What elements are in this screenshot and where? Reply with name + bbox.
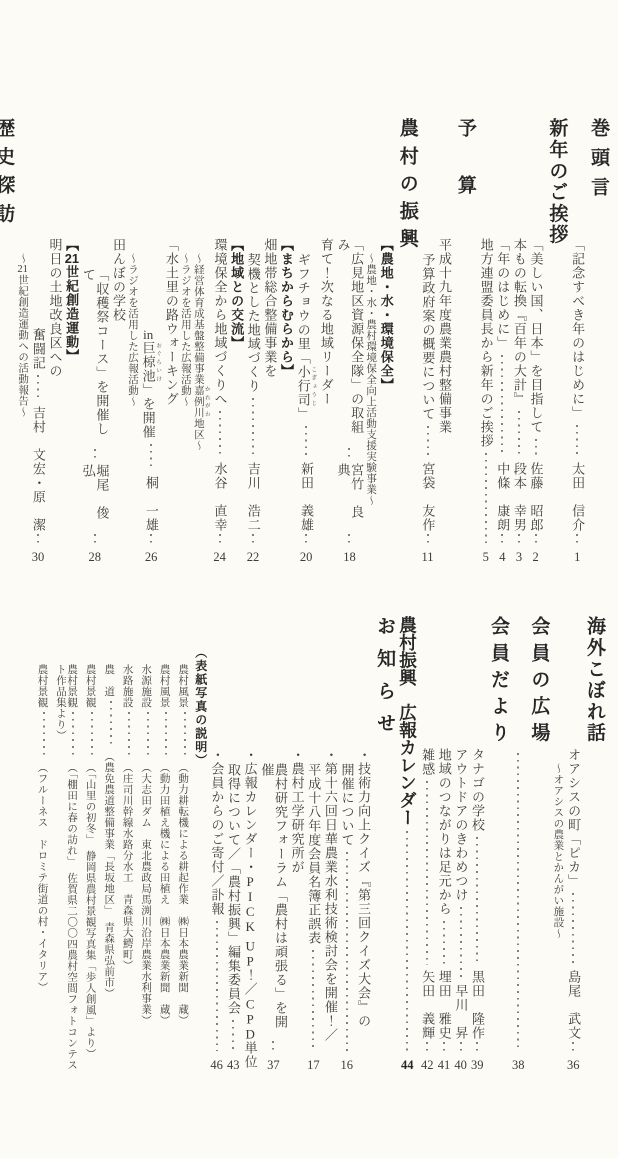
toc-entry-line: 畑地帯総合整備事業を	[263, 118, 277, 570]
page-number: 1	[574, 548, 580, 564]
leader-dots	[252, 534, 254, 546]
section-heading-text: 巻頭言	[588, 118, 609, 206]
leader-dots	[252, 398, 254, 457]
toc-entry-line: ・広報カレンダー・PICK UP！／CPD単位	[243, 616, 257, 1078]
entry-title: 環境保全から地域づくりへ	[213, 238, 227, 406]
entry-title: 「美しい国、日本」を目指して	[529, 238, 543, 434]
entry-title: 【21世紀創造運動】	[64, 238, 79, 363]
entry-title: 平成十八年度会員名簿正誤表	[307, 763, 321, 945]
section-heading-text: 歴史探訪	[0, 118, 14, 232]
toc-entry: 環境保全から地域づくりへ水谷 直幸24	[213, 118, 227, 570]
author-name: 早川 昇	[454, 984, 468, 1040]
entry-title: オアシスの町「ピカ」	[566, 748, 580, 888]
section-heading: 予算	[455, 118, 475, 570]
entry-title: 農村風景	[159, 664, 170, 708]
section-heading: 新年のご挨拶	[546, 118, 566, 570]
toc-entry-subtitle: ～ラジオを活用した広報活動～	[180, 118, 191, 570]
photo-caption-entry: 農 道（農免農道整備事業「長坂地区」 青森県弘前市）	[103, 616, 114, 1078]
entry-title: 契機とした地域づくり	[246, 253, 260, 393]
toc-entry: 「年のはじめに」中條 康朗4	[496, 118, 510, 570]
page-number: 5	[483, 548, 489, 564]
author-name: 島尾 武文	[566, 970, 580, 1040]
entry-title: 農村研究フォーラム「農村は頑張る」を開催	[260, 763, 287, 1036]
leader-dots	[184, 712, 186, 758]
leader-dots	[518, 411, 520, 457]
toc-entry: 平成十八年度会員名簿正誤表17	[307, 616, 321, 1078]
toc-entry: 38	[512, 616, 525, 1078]
caption-text: （庄司川幹線水路分水工 青森県大鰐町）	[122, 762, 133, 971]
photo-caption-entry: 農村景観（フルーネス ドロミテ街道の村・イタリア）	[37, 616, 48, 1078]
leader-dots	[232, 1020, 234, 1051]
leader-dots	[305, 426, 307, 457]
author-name: 埋田 雅史	[437, 970, 451, 1040]
toc-entry: 開催について16	[340, 616, 354, 1078]
entry-title: 地方連盟委員長から新年のご挨拶	[479, 238, 493, 448]
leader-dots	[305, 534, 307, 546]
leader-dots	[348, 534, 350, 546]
entry-title: 農村風景	[177, 664, 188, 708]
leader-dots	[485, 453, 487, 543]
author-name: 桐 一雄	[144, 476, 158, 532]
entry-title: 奮闘記	[31, 328, 45, 370]
page-number: 40	[454, 1056, 467, 1072]
entry-title: ～経営体育成基盤整備事業嘉例川かれがわ地区～	[193, 253, 204, 451]
toc-top-block: 巻頭言「記念すべき年のはじめに」太田 信介1新年のご挨拶「美しい国、日本」を目指…	[0, 118, 612, 570]
toc-entry-subtitle: ～農地・水・農村環境保全向上活動支援実験事業～	[365, 118, 376, 570]
photo-caption-entry: 水源施設（大志田ダム 東北農政局馬渕川沿岸農業水利事業）	[140, 616, 151, 1078]
caption-text: （「山里の初冬」 静岡県農村景観写真集「歩人創風」より）	[85, 762, 96, 1060]
toc-entry: 予算政府案の概要について宮袋 友作11	[421, 118, 435, 570]
entry-title: 【地域との交流】	[229, 238, 244, 350]
author-name: 吉村 文宏・原 潔	[31, 406, 45, 532]
section-heading-text: お知らせ	[374, 616, 395, 745]
leader-dots	[576, 425, 578, 457]
leader-dots	[476, 1042, 478, 1054]
caption-text: （動力田植え機による田植え ㈱日本農業新聞 蔵）	[159, 762, 170, 1026]
leader-dots	[72, 712, 74, 758]
section-heading: 歴史探訪	[0, 118, 13, 570]
leader-dots	[110, 701, 112, 747]
toc-entry: 「美しい国、日本」を目指して佐藤 昭郎2	[529, 118, 543, 570]
page-number: 28	[88, 548, 101, 564]
toc-entry: 契機とした地域づくり吉川 浩二22	[246, 118, 260, 570]
leader-dots	[517, 753, 519, 1051]
leader-dots	[94, 534, 96, 546]
leader-dots	[443, 921, 445, 965]
caption-text: （大志田ダム 東北農政局馬渕川沿岸農業水利事業）	[140, 762, 151, 1026]
toc-entry-line: 平成十九年度農業農村整備事業	[437, 118, 451, 570]
entry-title: 雑感	[420, 748, 434, 776]
entry-title: 「水土里の路ウォーキング	[164, 238, 179, 406]
leader-dots	[150, 444, 152, 471]
toc-entry: 「収穫祭コース」を開催して堀尾 俊弘28	[81, 118, 108, 570]
author-name: 黒田 隆作	[470, 970, 484, 1040]
page-number: 22	[247, 548, 260, 564]
entry-title: 本もの転換『百年の大計』	[512, 238, 526, 406]
entry-title: 「広見地区資源保全隊」の取組み	[336, 238, 363, 443]
photo-caption-entry: 農村景観（「山里の初冬」 静岡県農村景観写真集「歩人創風」より）	[85, 616, 96, 1078]
entry-title: 畑地帯総合整備事業を	[262, 238, 277, 378]
photo-caption-entry: 農村風景（動力耕転機による耕起作業 ㈱日本農業新聞 蔵）	[177, 616, 188, 1078]
leader-dots	[576, 534, 578, 546]
entry-title: ～ラジオを活用した広報活動～	[127, 253, 138, 407]
leader-dots	[312, 950, 314, 1051]
toc-entry: 本もの転換『百年の大計』段本 幸男3	[512, 118, 526, 570]
page-number: 44	[401, 1056, 414, 1072]
toc-entry-line: ・技術力向上クイズ『第三回クイズ大会』の	[357, 616, 371, 1078]
leader-dots	[91, 712, 93, 758]
author-name: 新田 義雄	[299, 462, 313, 532]
leader-dots	[426, 1042, 428, 1054]
toc-entry-subtitle: ～オアシスの農業とかんがい施設～	[552, 616, 563, 1078]
page-number: 20	[300, 548, 313, 564]
page-number: 39	[471, 1056, 484, 1072]
page-number: 42	[421, 1056, 434, 1072]
entry-title: 農 道	[103, 664, 114, 697]
toc-entry: タナゴの学校黒田 隆作39	[470, 616, 484, 1078]
section-heading: 海外こぼれ話	[584, 616, 604, 1078]
entry-title: 「収穫祭コース」を開催して	[81, 268, 108, 444]
toc-entry: 「記念すべき年のはじめに」太田 信介1	[570, 118, 584, 570]
entry-title: 開催について	[340, 763, 354, 847]
sub-section-title: 【農地・水・環境保全】	[379, 118, 393, 570]
author-name: 水谷 直幸	[213, 462, 227, 532]
leader-dots	[37, 375, 39, 401]
leader-dots	[272, 1041, 274, 1051]
leader-dots	[572, 1042, 574, 1054]
leader-dots	[37, 534, 39, 546]
author-name: 中條 康朗	[496, 462, 510, 532]
page-number: 41	[438, 1056, 451, 1072]
author-name: 宮竹 良典	[336, 463, 363, 531]
leader-dots	[150, 534, 152, 546]
entry-title: ・広報カレンダー・PICK UP！／CPD単位	[243, 748, 258, 1069]
entry-title: 【まちからむらから】	[279, 238, 294, 378]
leader-dots	[348, 448, 350, 458]
section-heading-entry: 農村振興 広報カレンダー44	[398, 616, 416, 1078]
leader-dots	[501, 534, 503, 546]
page-number: 18	[343, 548, 356, 564]
caption-text: （動力耕転機による耕起作業 ㈱日本農業新聞 蔵）	[177, 762, 188, 1026]
leader-dots	[535, 534, 537, 546]
entry-title: ・技術力向上クイズ『第三回クイズ大会』の	[356, 748, 371, 1028]
entry-title: ～ラジオを活用した広報活動～	[180, 253, 191, 407]
section-heading: 農村の振興	[397, 118, 417, 570]
sub-section-title: 【21世紀創造運動】	[64, 118, 78, 570]
entry-title: タナゴの学校	[470, 748, 484, 832]
page-number: 17	[307, 1056, 320, 1072]
toc-entry: 地方連盟委員長から新年のご挨拶5	[479, 118, 493, 570]
entry-title: 水路施設	[122, 664, 133, 708]
entry-title: ～農地・水・農村環境保全向上活動支援実験事業～	[365, 253, 376, 506]
leader-dots	[443, 1042, 445, 1054]
section-heading: 会員だより	[488, 616, 508, 1078]
leader-dots	[460, 907, 462, 979]
section-heading-text: 会員の広場	[528, 616, 549, 749]
leader-dots	[94, 449, 96, 459]
page-number: 43	[227, 1056, 240, 1072]
page-number: 46	[210, 1056, 223, 1072]
author-name: 佐藤 昭郎	[529, 462, 543, 532]
page-number: 38	[512, 1056, 525, 1072]
page-number: 36	[567, 1056, 580, 1072]
entry-title: 水源施設	[140, 664, 151, 708]
toc-entry: 雑感矢田 義輝42	[420, 616, 434, 1078]
page-number: 2	[533, 548, 539, 564]
page-number: 30	[32, 548, 45, 564]
entry-title: 田んぼの学校	[111, 238, 126, 322]
photo-caption-entry: 農村風景（動力田植え機による田植え ㈱日本農業新聞 蔵）	[159, 616, 170, 1078]
leader-dots	[346, 852, 348, 1051]
entry-title: ・会員からのご寄付／訃報	[210, 748, 224, 916]
section-heading-text: 会員だより	[488, 616, 509, 749]
toc-entry: 奮闘記吉村 文宏・原 潔30	[31, 118, 45, 570]
toc-entry: ギフチョウの里「小行司こぎょうじ」新田 義雄20	[296, 118, 316, 570]
author-name: 宮袋 友作	[421, 462, 435, 532]
section-heading-text: 農村の振興	[397, 118, 418, 256]
sub-section-title: 【まちからむらから】	[279, 118, 293, 570]
entry-title: ・農村工学研究所が	[290, 748, 305, 874]
toc-entry: 農村研究フォーラム「農村は頑張る」を開催37	[260, 616, 287, 1078]
toc-entry: 地域のつながりは足元から埋田 雅史41	[437, 616, 451, 1078]
section-heading-text: 新年のご挨拶	[546, 118, 567, 246]
section-heading: お知らせ	[374, 616, 394, 1078]
toc-entry-line: 「水土里の路ウォーキング	[164, 118, 178, 570]
section-heading-text: 予算	[455, 118, 476, 232]
page-number: 16	[340, 1056, 353, 1072]
entry-title: ～オアシスの農業とかんがい施設～	[552, 763, 563, 939]
toc-entry-subtitle: ～経営体育成基盤整備事業嘉例川かれがわ地区～	[193, 118, 210, 570]
entry-title: 地域のつながりは足元から	[437, 748, 451, 916]
author-name: 太田 信介	[570, 462, 584, 532]
leader-dots	[476, 837, 478, 965]
toc-entry-line: 明日の土地改良区への	[48, 118, 62, 570]
author-name: 矢田 義輝	[420, 970, 434, 1040]
page-number: 24	[213, 548, 226, 564]
leader-dots	[147, 712, 149, 758]
toc-entry: ・会員からのご寄付／訃報46	[210, 616, 224, 1078]
photo-section-heading: （表紙写真の説明）	[194, 616, 207, 1078]
leader-dots	[518, 534, 520, 546]
page-number: 4	[499, 548, 505, 564]
entry-title: in巨椋池おぐらいけ」を開催	[141, 328, 161, 439]
leader-dots	[43, 712, 45, 758]
leader-dots	[219, 411, 221, 457]
entry-title: 【農地・水・環境保全】	[379, 238, 394, 392]
entry-title: 「年のはじめに」	[496, 238, 510, 350]
leader-dots	[426, 781, 428, 965]
leader-dots	[216, 921, 218, 1051]
toc-entry-line: ・農村工学研究所が	[290, 616, 304, 1078]
page-number: 3	[516, 548, 522, 564]
section-heading-text: 海外こぼれ話	[584, 616, 605, 744]
leader-dots	[427, 426, 429, 457]
author-name: 段本 幸男	[512, 462, 526, 532]
entry-title: 「記念すべき年のはじめに」	[570, 238, 584, 420]
entry-title: ギフチョウの里「小行司こぎょうじ」	[296, 253, 316, 421]
entry-title: （表紙写真の説明）	[194, 646, 208, 768]
leader-dots	[406, 831, 408, 1051]
entry-title: 農村景観	[66, 664, 77, 708]
entry-title: 取得について／「農村振興」編集委員会	[226, 763, 240, 1015]
photo-caption-entry: 農村景観（「棚田に春の訪れ」 佐賀県二〇〇四農村空間フォトコンテスト作品集より）	[55, 616, 77, 1078]
entry-title: 農村景観	[37, 664, 48, 708]
page-number: 37	[267, 1056, 280, 1072]
entry-title: アウトドアのきわめつけ	[454, 748, 468, 902]
page-number: 26	[145, 548, 158, 564]
toc-entry: 「広見地区資源保全隊」の取組み宮竹 良典18	[336, 118, 363, 570]
toc-entry-line: ・第十六回日華農業水利技術検討会を開催！／	[323, 616, 337, 1078]
leader-dots	[460, 1042, 462, 1054]
toc-bottom-block: 海外こぼれ話オアシスの町「ピカ」島尾 武文36～オアシスの農業とかんがい施設～会…	[29, 616, 608, 1078]
caption-text: （フルーネス ドロミテ街道の村・イタリア）	[37, 762, 48, 993]
toc-entry: オアシスの町「ピカ」島尾 武文36	[566, 616, 580, 1078]
entry-title: ・第十六回日華農業水利技術検討会を開催！／	[323, 748, 338, 1042]
section-heading: 巻頭言	[588, 118, 608, 570]
leader-dots	[427, 534, 429, 546]
toc-entry-subtitle: ～21世紀創造運動への活動報告～	[17, 118, 28, 570]
toc-entry-line: 田んぼの学校	[111, 118, 125, 570]
entry-title: 農村振興 広報カレンダー	[398, 616, 416, 826]
entry-title: 明日の土地改良区への	[47, 238, 62, 378]
leader-dots	[501, 355, 503, 457]
leader-dots	[165, 712, 167, 758]
author-name: 吉川 浩二	[246, 462, 260, 532]
toc-entry: アウトドアのきわめつけ早川 昇40	[454, 616, 468, 1078]
toc-entry-subtitle: ～ラジオを活用した広報活動～	[127, 118, 138, 570]
leader-dots	[128, 712, 130, 758]
entry-title: 育て！次なる地域リーダー	[319, 238, 334, 406]
leader-dots	[572, 893, 574, 965]
leader-dots	[535, 439, 537, 457]
entry-title: 農村景観	[85, 664, 96, 708]
toc-entry: 取得について／「農村振興」編集委員会43	[226, 616, 240, 1078]
author-name: 堀尾 俊弘	[81, 464, 108, 532]
entry-title: 予算政府案の概要について	[421, 253, 435, 421]
toc-entry: in巨椋池おぐらいけ」を開催桐 一雄26	[141, 118, 161, 570]
caption-text: （農免農道整備事業「長坂地区」 青森県弘前市）	[103, 751, 114, 999]
toc-entry-line: 育て！次なる地域リーダー	[319, 118, 333, 570]
photo-caption-entry: 水路施設（庄司川幹線水路分水工 青森県大鰐町）	[122, 616, 133, 1078]
section-heading: 会員の広場	[528, 616, 548, 1078]
sub-section-title: 【地域との交流】	[229, 118, 243, 570]
entry-title: 平成十九年度農業農村整備事業	[437, 238, 452, 434]
entry-title: ～21世紀創造運動への活動報告～	[17, 253, 28, 418]
leader-dots	[219, 534, 221, 546]
page-number: 11	[422, 548, 434, 564]
